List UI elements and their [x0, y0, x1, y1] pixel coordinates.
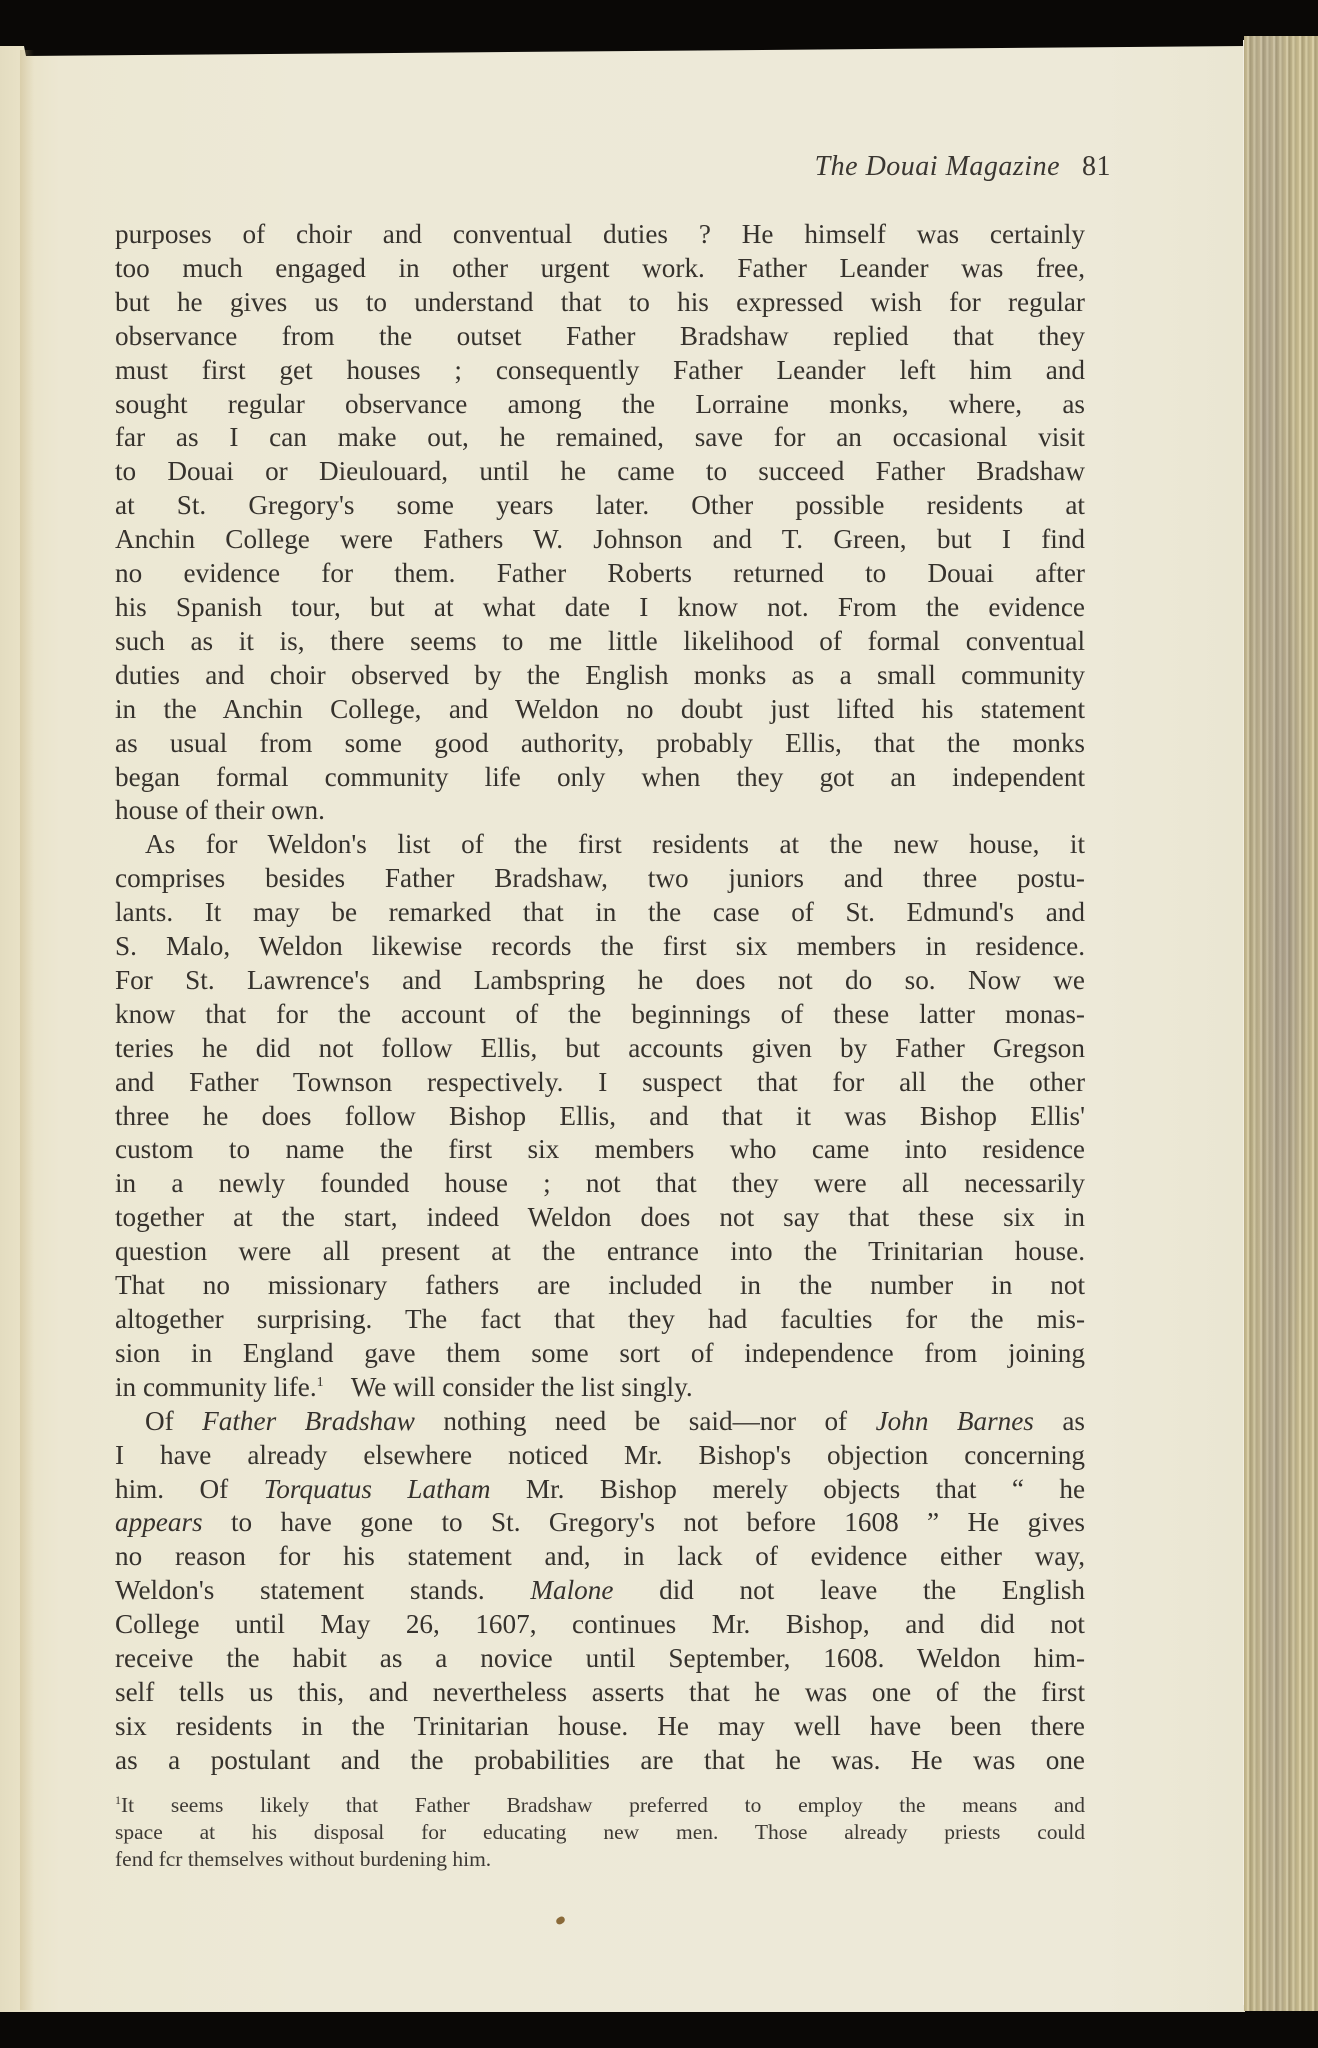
binding-gutter-shadow [20, 50, 34, 2010]
text-line: question were all present at the entranc… [115, 1235, 1085, 1269]
text-line: him. Of Torquatus Latham Mr. Bishop mere… [115, 1473, 1085, 1507]
text-line: S. Malo, Weldon likewise records the fir… [115, 930, 1085, 964]
text-line: six residents in the Trinitarian house. … [115, 1710, 1085, 1744]
text-line: in community life.1 We will consider the… [115, 1371, 1085, 1405]
text-line: but he gives us to understand that to hi… [115, 286, 1085, 320]
text-segment: Of [145, 1406, 202, 1436]
text-segment: We will consider the list singly. [351, 1372, 693, 1402]
page-stack-edges [1244, 36, 1318, 2011]
text-line: in the Anchin College, and Weldon no dou… [115, 693, 1085, 727]
text-line: Of Father Bradshaw nothing need be said—… [115, 1405, 1085, 1439]
text-line: self tells us this, and nevertheless ass… [115, 1676, 1085, 1710]
text-segment: nothing need be said—nor of [415, 1406, 876, 1436]
italic-emphasis: appears [115, 1507, 203, 1537]
text-line: Weldon's statement stands. Malone did no… [115, 1574, 1085, 1608]
text-line: such as it is, there seems to me little … [115, 625, 1085, 659]
footnote-line: space at his disposal for educating new … [115, 1819, 1085, 1846]
paragraph-1: purposes of choir and conventual duties … [115, 218, 1085, 828]
text-line: sion in England gave them some sort of i… [115, 1337, 1085, 1371]
text-line: I have already elsewhere noticed Mr. Bis… [115, 1439, 1085, 1473]
text-line: For St. Lawrence's and Lambspring he doe… [115, 964, 1085, 998]
italic-name: Malone [530, 1575, 613, 1605]
text-line: altogether surprising. The fact that the… [115, 1303, 1085, 1337]
text-segment: as [1034, 1406, 1085, 1436]
footnote-line: 1It seems likely that Father Bradshaw pr… [115, 1792, 1085, 1819]
footnote: 1It seems likely that Father Bradshaw pr… [115, 1792, 1085, 1873]
text-line: no evidence for them. Father Roberts ret… [115, 557, 1085, 591]
paragraph-3: Of Father Bradshaw nothing need be said—… [115, 1405, 1085, 1778]
text-segment: Mr. Bishop merely objects that “ he [490, 1474, 1085, 1504]
journal-title: The Douai Magazine [815, 151, 1060, 182]
text-line: appears to have gone to St. Gregory's no… [115, 1506, 1085, 1540]
text-line: duties and choir observed by the English… [115, 659, 1085, 693]
text-line: must first get houses ; consequently Fat… [115, 354, 1085, 388]
text-line: as a postulant and the probabilities are… [115, 1744, 1085, 1778]
text-segment: in community life. [115, 1372, 317, 1402]
text-line: too much engaged in other urgent work. F… [115, 252, 1085, 286]
italic-name: John Barnes [876, 1406, 1034, 1436]
text-line: teries he did not follow Ellis, but acco… [115, 1032, 1085, 1066]
text-line: purposes of choir and conventual duties … [115, 218, 1085, 252]
text-line: to Douai or Dieulouard, until he came to… [115, 455, 1085, 489]
italic-name: Torquatus Latham [264, 1474, 491, 1504]
text-line: together at the start, indeed Weldon doe… [115, 1201, 1085, 1235]
text-segment: Weldon's statement stands. [115, 1575, 530, 1605]
text-line: as usual from some good authority, proba… [115, 727, 1085, 761]
text-segment: to have gone to St. Gregory's not before… [203, 1507, 1085, 1537]
text-line: College until May 26, 1607, continues Mr… [115, 1608, 1085, 1642]
text-line: Anchin College were Fathers W. Johnson a… [115, 523, 1085, 557]
text-line: observance from the outset Father Bradsh… [115, 320, 1085, 354]
running-head: The Douai Magazine81 [815, 151, 1111, 183]
paragraph-2: As for Weldon's list of the first reside… [115, 828, 1085, 1404]
body-text: purposes of choir and conventual duties … [115, 218, 1085, 1778]
text-line: and Father Townson respectively. I suspe… [115, 1066, 1085, 1100]
text-line: began formal community life only when th… [115, 761, 1085, 795]
text-line: sought regular observance among the Lorr… [115, 388, 1085, 422]
scan-background-top [0, 0, 1318, 50]
text-line: As for Weldon's list of the first reside… [115, 828, 1085, 862]
page-number: 81 [1082, 151, 1111, 182]
book-scan: The Douai Magazine81 purposes of choir a… [0, 0, 1318, 2048]
text-segment: did not leave the English [613, 1575, 1085, 1605]
text-line: no reason for his statement and, in lack… [115, 1540, 1085, 1574]
text-line: at St. Gregory's some years later. Other… [115, 489, 1085, 523]
italic-name: Father Bradshaw [202, 1406, 415, 1436]
text-line: comprises besides Father Bradshaw, two j… [115, 862, 1085, 896]
text-line: know that for the account of the beginni… [115, 998, 1085, 1032]
text-line: custom to name the first six members who… [115, 1133, 1085, 1167]
text-segment: him. Of [115, 1474, 264, 1504]
text-line: three he does follow Bishop Ellis, and t… [115, 1100, 1085, 1134]
scan-background-bottom [0, 2012, 1318, 2048]
text-line: far as I can make out, he remained, save… [115, 421, 1085, 455]
text-line: receive the habit as a novice until Sept… [115, 1642, 1085, 1676]
text-line: his Spanish tour, but at what date I kno… [115, 591, 1085, 625]
text-line: That no missionary fathers are included … [115, 1269, 1085, 1303]
footnote-reference[interactable]: 1 [317, 1375, 324, 1390]
text-segment: It seems likely that Father Bradshaw pre… [121, 1793, 1085, 1817]
text-line: in a newly founded house ; not that they… [115, 1167, 1085, 1201]
text-line: house of their own. [115, 794, 1085, 828]
text-line: lants. It may be remarked that in the ca… [115, 896, 1085, 930]
footnote-line: fend fcr themselves without burdening hi… [115, 1846, 1085, 1873]
